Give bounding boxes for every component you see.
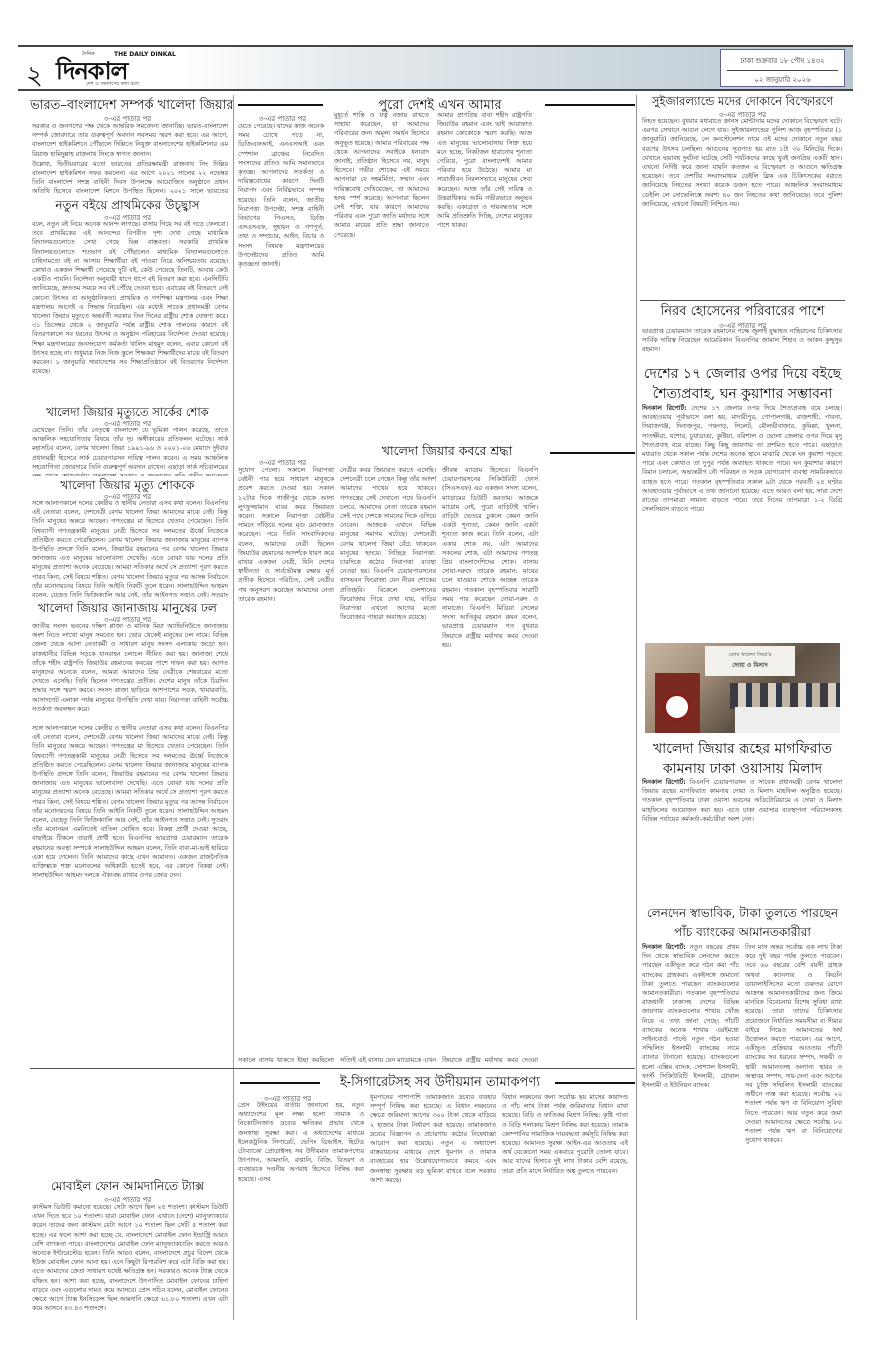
- tagline: দেশ ও জনগণের কথা বলে: [86, 81, 139, 89]
- article-body-banks-right: তিন মাস অন্তর সর্বোচ্চ এক লাখ টাকা করে দ…: [745, 943, 842, 1313]
- article-body-grave-col1: সুযোগ পেলো। সকালে নিরাপত্তা বেষ্টনী পার …: [238, 466, 334, 1056]
- article-body-ecig-col1: প্রেস উইংয়ের বার্তায় জানানো হয়, নতুন …: [238, 1101, 364, 1321]
- headline-rule: [545, 104, 635, 106]
- newspaper-logo[interactable]: দিনকাল দৈনিক THE DAILY DINKAL দেশ ও জনগণ…: [56, 49, 196, 89]
- grave-closing-col2: সত্যিই এই বাসায় যেন ম্যাডামকে এখন দেখি: [340, 1056, 436, 1066]
- grave-closing-col1: সকালে বাসায় থাকতে ইচ্ছা করছিলো না।: [238, 1056, 334, 1066]
- article-body-banks-left: দিনকাল রিপোর্ট: নতুন বছরের প্রথম দিন থেক…: [642, 943, 739, 1273]
- headline-cold-wave-2[interactable]: শৈত্যপ্রবাহ, ঘন কুয়াশার সম্ভাবনা: [640, 382, 845, 406]
- headline-banks-2[interactable]: পাঁচ ব্যাংকের আমানতকারীরা: [640, 924, 845, 944]
- article-body-mobile-tariff: কাস্টমস ডিউটি কমানো হয়েছে। সেটা আগে ছিল…: [32, 1203, 228, 1315]
- article-body-ecig-col3: বিধান লঙ্ঘনের জন্য সর্বোচ্চ ছয় মাসের কা…: [502, 1093, 628, 1321]
- article-body-new-book: বলে, নতুন বই নিয়ে অনেক আনন্দ লাগছে। বাস…: [32, 220, 228, 400]
- page-number: ২: [26, 55, 43, 99]
- column-divider: [636, 95, 637, 1320]
- grave-closing-col3: জিয়াকে রাষ্ট্রীয় মর্যাদায় কবর দেওয়া …: [442, 1056, 538, 1066]
- reporter-lead: দিনকাল রিপোর্ট:: [642, 405, 686, 412]
- article-body-janaza: জাতীয় সংসদ ভবনের দক্ষিণ প্লাজা ও মানিক …: [32, 622, 228, 722]
- masthead: ২ দিনকাল দৈনিক THE DAILY DINKAL দেশ ও জন…: [18, 45, 853, 91]
- banner-line: দোয়া ও মিলাদ: [705, 660, 795, 671]
- headline-rule: [555, 1082, 635, 1084]
- article-body-nirob: ভারপ্রাপ্ত চেয়ারম্যান তারেক রহমানের পক্…: [642, 327, 842, 357]
- reporter-lead: দিনকাল রিপোর্ট:: [642, 944, 686, 951]
- milad-photo[interactable]: বেগম খালেদা জিয়া'র দোয়া ও মিলাদ: [645, 643, 840, 733]
- article-body-death-mourning-cont: সঙ্গে আলাপকালে দলের কেন্দ্রীয় ও স্থানীয…: [32, 724, 228, 1174]
- date-english: ০২ জানুয়ারি ২০২৬: [721, 71, 844, 86]
- headline-banks-1[interactable]: লেনদেন স্বাভাবিক, টাকা তুলতে পারছেন: [640, 905, 845, 925]
- column-divider: [233, 95, 234, 1320]
- audience: [730, 683, 840, 709]
- article-body-milad: দিনকাল রিপোর্ট: বিএনপি চেয়ারপারসন ও সাব…: [642, 778, 842, 903]
- article-body-switzerland: নিহত হয়েছেন। বুধবার মধ্যরাতে ক্রানস মোন…: [642, 117, 842, 300]
- article-body-grave-col2: নেত্রীর কবর জিয়ারত করতে এসেছি। দেশনেত্র…: [340, 466, 436, 1056]
- paragraph: উল্লেখ্য, দ্বিতীয়বারের মতো ভারতের প্রতি…: [32, 160, 228, 194]
- section-divider: [640, 300, 845, 301]
- article-body-ecig-col2: ধূমপানের পাশাপাশি তামাকজাত দ্রব্যের ব্যব…: [370, 1093, 496, 1321]
- paragraph: সরকার ও জনগণের পক্ষ থেকে আন্তরিক সমবেদনা…: [32, 122, 228, 159]
- headline-rule: [238, 104, 323, 106]
- headline-rule: [550, 452, 635, 454]
- article-body-india-bd: সরকার ও জনগণের পক্ষ থেকে আন্তরিক সমবেদনা…: [32, 122, 228, 194]
- article-body-whole-country-right: আমার প্রাণপ্রিয় বাবা শহীদ রাষ্ট্রপতি জি…: [437, 111, 532, 441]
- article-body-whole-country-mid: মুহূর্তে শান্তি ও যত্ন বজায় রাখতে সাহায…: [334, 111, 429, 441]
- photo-banner: বেগম খালেদা জিয়া'র দোয়া ও মিলাদ: [705, 646, 795, 676]
- wasa-logo-icon: [663, 693, 691, 721]
- article-body-saarc: রেখেছেন তিনি। তাঁর নেতৃত্বে বাংলাদেশ যে …: [32, 426, 228, 476]
- article-body-grave-col3: জীবন্ত ম্যাডাম হিসেবে। বিএনপি চেয়ারপারস…: [442, 466, 538, 1056]
- date-box: ঢাকা শুক্রবার ১৮ পৌষ ১৪৩২ ০২ জানুয়ারি ২…: [720, 49, 845, 87]
- paragraph: নতুন বছরের প্রথম দিন থেকে স্বাভাবিক লেনদ…: [642, 944, 739, 1089]
- paragraph: দেশের ১৭ জেলার ওপর দিয়ে শৈত্যপ্রবাহ বয়…: [642, 405, 842, 513]
- date-bangla: ঢাকা শুক্রবার ১৮ পৌষ ১৪৩২: [727, 50, 838, 71]
- logo-small-text: দৈনিক: [82, 51, 95, 59]
- article-body-death-mourning: সঙ্গে আলাপকালে দলের কেন্দ্রীয় ও স্থানীয…: [32, 499, 228, 597]
- headline-ecig[interactable]: ই-সিগারেটসহ সব উদীয়মান তামাকপণ্য: [335, 1073, 545, 1094]
- logo-english-text: THE DAILY DINKAL: [114, 51, 176, 58]
- article-body-cold-wave: দিনকাল রিপোর্ট: দেশের ১৭ জেলার ওপর দিয়ে…: [642, 404, 842, 636]
- headline-grave-tribute[interactable]: খালেদা জিয়ার কবরে শ্রদ্ধা: [372, 443, 522, 463]
- banner-line: বেগম খালেদা জিয়া'র: [705, 652, 795, 660]
- reporter-lead: দিনকাল রিপোর্ট:: [642, 779, 686, 786]
- section-divider: [30, 1068, 635, 1069]
- headline-rule: [240, 1082, 320, 1084]
- head-table: [735, 707, 840, 733]
- article-body-whole-country-left: যেতে পেরেছে। যাদের কাজ অনেক সময় চোখে পড…: [238, 122, 324, 442]
